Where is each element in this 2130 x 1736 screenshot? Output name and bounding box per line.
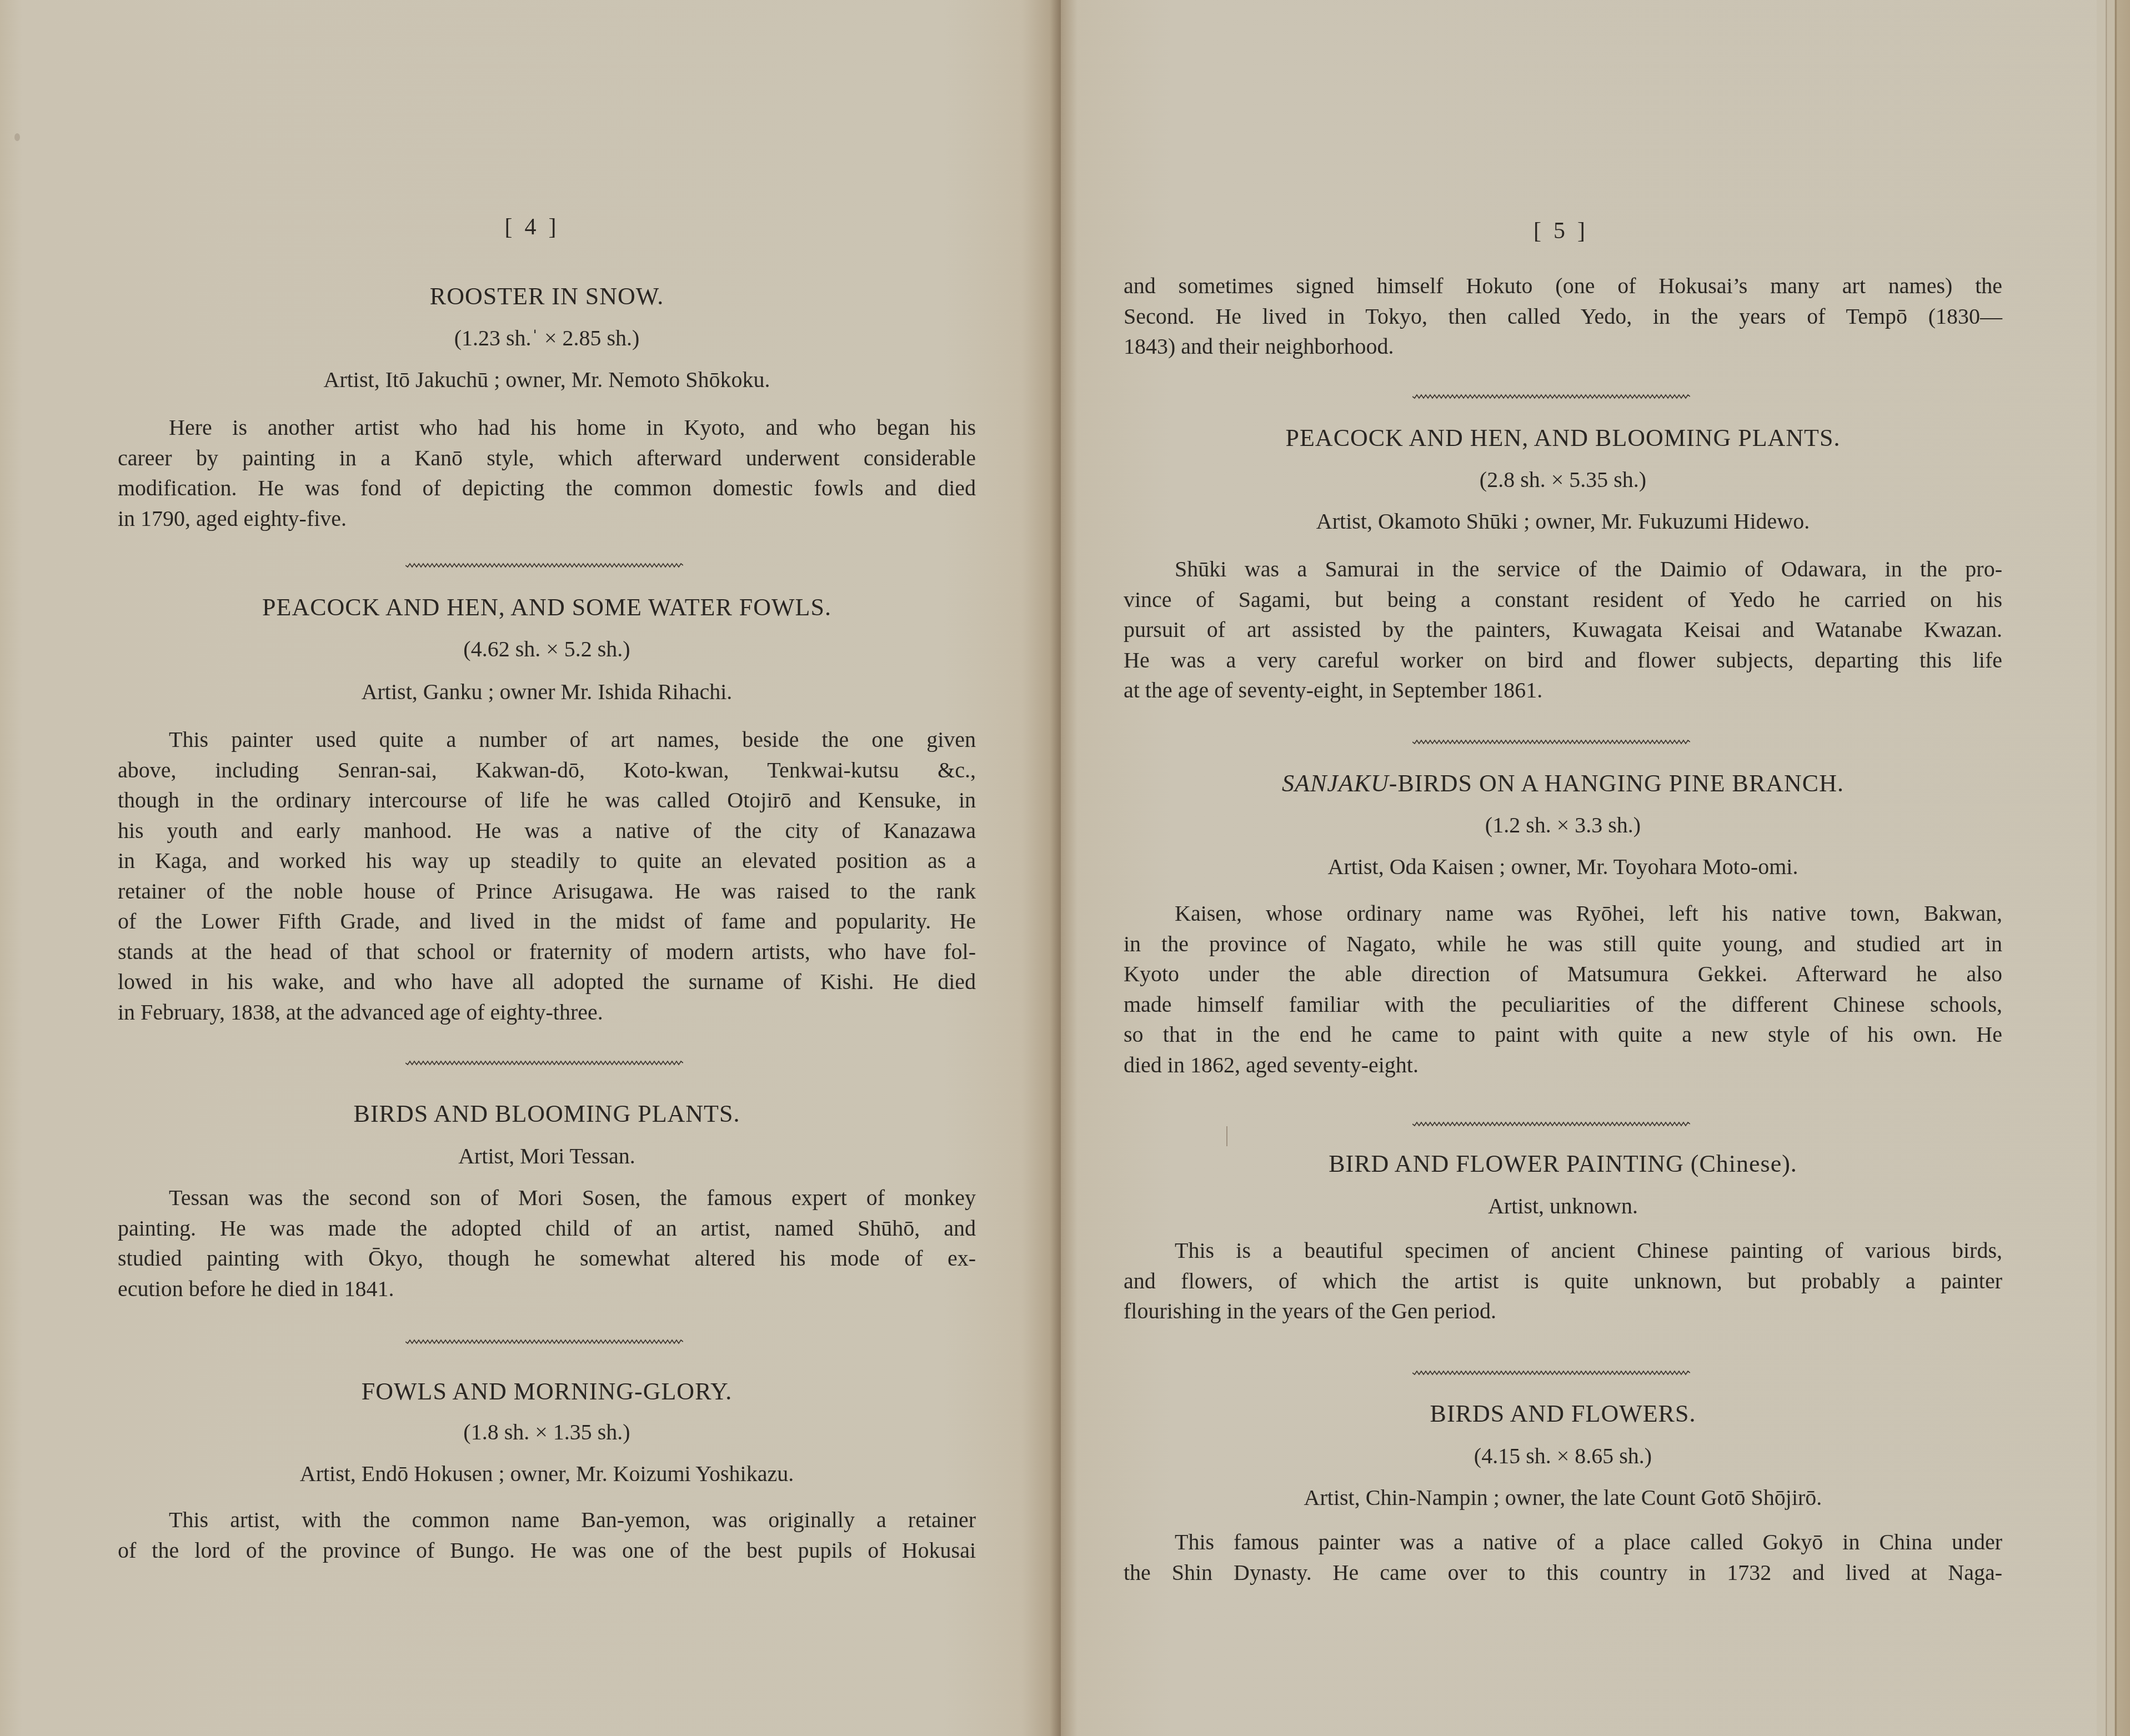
text-line: modification. He was fond of depicting t… bbox=[118, 473, 976, 504]
text-line: in February, 1838, at the advanced age o… bbox=[118, 997, 976, 1028]
page-edges bbox=[2097, 0, 2130, 1736]
entry-credit: Artist, Mori Tessan. bbox=[118, 1143, 976, 1169]
text-line: career by painting in a Kanō style, whic… bbox=[118, 443, 976, 474]
left-text-column: ROOSTER IN SNOW. (1.23 sh.ˈ × 2.85 sh.) … bbox=[118, 0, 976, 1736]
section-divider bbox=[405, 1060, 683, 1066]
text-line: in 1790, aged eighty-five. bbox=[118, 504, 976, 534]
entry-credit: Artist, Ganku ; owner Mr. Ishida Rihachi… bbox=[118, 679, 976, 705]
text-line: in the province of Nagato, while he was … bbox=[1124, 929, 2002, 960]
section-divider bbox=[405, 562, 683, 569]
entry-title: BIRDS AND BLOOMING PLANTS. bbox=[118, 1100, 976, 1128]
text-line: He was a very careful worker on bird and… bbox=[1124, 645, 2002, 676]
entry-dimensions: (1.2 sh. × 3.3 sh.) bbox=[1124, 812, 2002, 838]
text-line: retainer of the noble house of Prince Ar… bbox=[118, 876, 976, 907]
text-line: so that in the end he came to paint with… bbox=[1124, 1020, 2002, 1050]
text-line: above, including Senran-sai, Kakwan-dō, … bbox=[118, 755, 976, 786]
entry-credit: Artist, Endō Hokusen ; owner, Mr. Koizum… bbox=[118, 1461, 976, 1487]
entry-description: This painter used quite a number of art … bbox=[118, 725, 976, 1027]
text-line: Tessan was the second son of Mori Sosen,… bbox=[118, 1183, 976, 1213]
text-line: of the lord of the province of Bungo. He… bbox=[118, 1536, 976, 1566]
text-line: Kyoto under the able direction of Matsum… bbox=[1124, 959, 2002, 990]
text-line: flourishing in the years of the Gen peri… bbox=[1124, 1296, 2002, 1327]
text-line: of the Lower Fifth Grade, and lived in t… bbox=[118, 906, 976, 937]
entry-title: PEACOCK AND HEN, AND BLOOMING PLANTS. bbox=[1124, 424, 2002, 452]
entry-title: ROOSTER IN SNOW. bbox=[118, 282, 976, 310]
text-line: made himself familiar with the peculiari… bbox=[1124, 990, 2002, 1020]
text-line: 1843) and their neighborhood. bbox=[1124, 332, 2002, 362]
text-line: painting. He was made the adopted child … bbox=[118, 1213, 976, 1244]
section-divider bbox=[1412, 1369, 1690, 1376]
entry-title: FOWLS AND MORNING-GLORY. bbox=[118, 1377, 976, 1406]
entry-dimensions: (2.8 sh. × 5.35 sh.) bbox=[1124, 466, 2002, 493]
entry-description: This famous painter was a native of a pl… bbox=[1124, 1527, 2002, 1588]
text-line: at the age of seventy-eight, in Septembe… bbox=[1124, 675, 2002, 706]
entry-dimensions: (4.62 sh. × 5.2 sh.) bbox=[118, 636, 976, 662]
text-line: the Shin Dynasty. He came over to this c… bbox=[1124, 1558, 2002, 1588]
text-line: lowed in his wake, and who have all adop… bbox=[118, 967, 976, 997]
section-divider bbox=[1412, 393, 1690, 400]
text-line: Second. He lived in Tokyo, then called Y… bbox=[1124, 302, 2002, 332]
entry-dimensions: (1.23 sh.ˈ × 2.85 sh.) bbox=[118, 325, 976, 351]
text-line: died in 1862, aged seventy-eight. bbox=[1124, 1050, 2002, 1081]
section-divider bbox=[1412, 739, 1690, 745]
entry-description: Kaisen, whose ordinary name was Ryōhei, … bbox=[1124, 899, 2002, 1080]
right-page: [5] and sometimes signed himself Hokuto … bbox=[1061, 0, 2130, 1736]
entry-title-rest: -BIRDS ON A HANGING PINE BRANCH. bbox=[1389, 770, 1844, 797]
text-line: Here is another artist who had his home … bbox=[118, 413, 976, 443]
text-line: This famous painter was a native of a pl… bbox=[1124, 1527, 2002, 1558]
left-page: [4] ROOSTER IN SNOW. (1.23 sh.ˈ × 2.85 s… bbox=[0, 0, 1061, 1736]
text-line: This painter used quite a number of art … bbox=[118, 725, 976, 755]
entry-credit: Artist, Itō Jakuchū ; owner, Mr. Nemoto … bbox=[118, 367, 976, 393]
text-line: his youth and early manhood. He was a na… bbox=[118, 816, 976, 846]
entry-description: This artist, with the common name Ban-ye… bbox=[118, 1505, 976, 1566]
text-line: pursuit of art assisted by the painters,… bbox=[1124, 615, 2002, 645]
right-text-column: and sometimes signed himself Hokuto (one… bbox=[1124, 0, 2002, 1736]
entry-credit: Artist, Okamoto Shūki ; owner, Mr. Fukuz… bbox=[1124, 508, 2002, 534]
text-line: and sometimes signed himself Hokuto (one… bbox=[1124, 271, 2002, 302]
book-spread: [4] ROOSTER IN SNOW. (1.23 sh.ˈ × 2.85 s… bbox=[0, 0, 2130, 1736]
text-line: Shūki was a Samurai in the service of th… bbox=[1124, 554, 2002, 585]
text-line: and flowers, of which the artist is quit… bbox=[1124, 1266, 2002, 1297]
text-line: This is a beautiful specimen of ancient … bbox=[1124, 1236, 2002, 1266]
text-line: stands at the head of that school or fra… bbox=[118, 937, 976, 967]
text-line: vince of Sagami, but being a constant re… bbox=[1124, 585, 2002, 615]
text-line: though in the ordinary intercourse of li… bbox=[118, 785, 976, 816]
text-line: Kaisen, whose ordinary name was Ryōhei, … bbox=[1124, 899, 2002, 929]
section-divider bbox=[405, 1338, 683, 1345]
entry-dimensions: (4.15 sh. × 8.65 sh.) bbox=[1124, 1443, 2002, 1469]
entry-description: This is a beautiful specimen of ancient … bbox=[1124, 1236, 2002, 1327]
entry-title: SANJAKU-BIRDS ON A HANGING PINE BRANCH. bbox=[1124, 769, 2002, 797]
text-line: studied painting with Ōkyo, though he so… bbox=[118, 1243, 976, 1274]
paper-blemish bbox=[14, 133, 20, 141]
entry-credit: Artist, Oda Kaisen ; owner, Mr. Toyohara… bbox=[1124, 854, 2002, 880]
entry-title-italic: SANJAKU bbox=[1282, 770, 1389, 797]
text-line: This artist, with the common name Ban-ye… bbox=[118, 1505, 976, 1536]
section-divider bbox=[1412, 1121, 1690, 1127]
entry-title: BIRDS AND FLOWERS. bbox=[1124, 1399, 2002, 1428]
entry-dimensions: (1.8 sh. × 1.35 sh.) bbox=[118, 1419, 976, 1445]
entry-credit: Artist, Chin-Nampin ; owner, the late Co… bbox=[1124, 1484, 2002, 1511]
entry-credit: Artist, unknown. bbox=[1124, 1193, 2002, 1219]
entry-description: Shūki was a Samurai in the service of th… bbox=[1124, 554, 2002, 706]
entry-title: PEACOCK AND HEN, AND SOME WATER FOWLS. bbox=[118, 593, 976, 621]
entry-description: Tessan was the second son of Mori Sosen,… bbox=[118, 1183, 976, 1304]
entry-description: Here is another artist who had his home … bbox=[118, 413, 976, 534]
print-mark bbox=[1226, 1126, 1227, 1146]
text-line: ecution before he died in 1841. bbox=[118, 1274, 976, 1304]
entry-title: BIRD AND FLOWER PAINTING (Chinese). bbox=[1124, 1150, 2002, 1178]
text-line: in Kaga, and worked his way up steadily … bbox=[118, 846, 976, 876]
continuation-paragraph: and sometimes signed himself Hokuto (one… bbox=[1124, 271, 2002, 362]
